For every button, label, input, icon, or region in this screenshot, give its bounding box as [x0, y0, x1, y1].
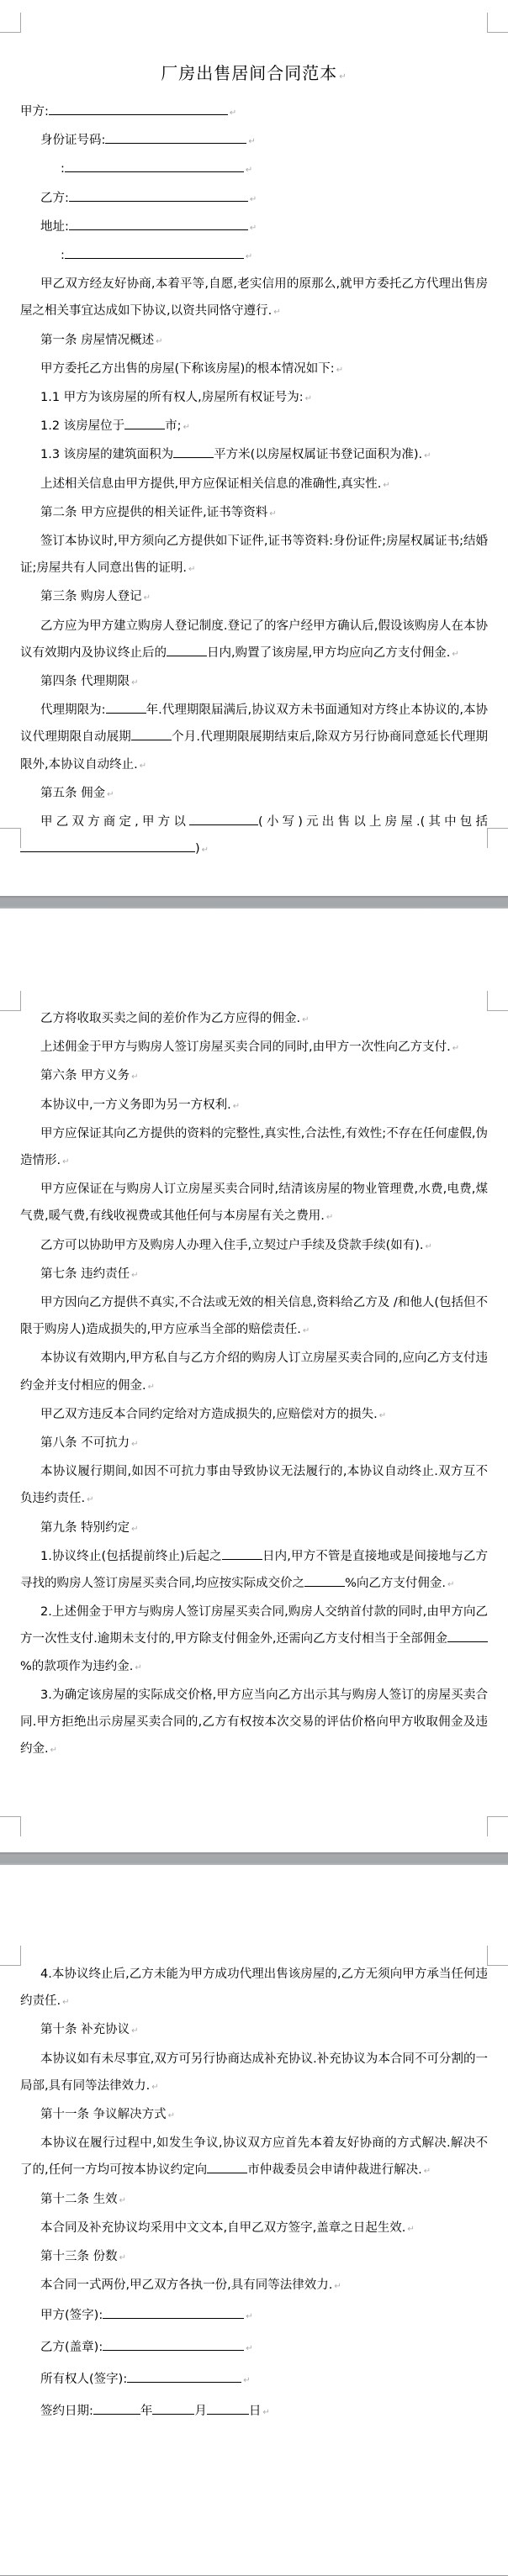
article-1-heading: 第一条 房屋情况概述↵ — [20, 327, 488, 356]
article-7-paragraph-2: 本协议有效期内,甲方私自与乙方介绍的购房人订立房屋买卖合同的,应向乙方支付违约金… — [20, 1345, 488, 1400]
document-page-2: 乙方将收取买卖之间的差价作为乙方应得的佣金.↵ 上述佣金于甲方与购房人签订房屋买… — [0, 909, 508, 1852]
page-corner-mark — [0, 1816, 21, 1836]
page-corner-mark — [487, 828, 508, 848]
party-a-signature-blank[interactable] — [103, 2306, 244, 2319]
article-9-item-1: 1.协议终止(包括提前终止)后起之日内,甲方不管是直接地或是间接地与乙方寻找的购… — [20, 1543, 488, 1599]
article-6-heading: 第六条 甲方义务↵ — [20, 1062, 488, 1091]
commission-payment-paragraph: 上述佣金于甲方与购房人签订房屋买卖合同的同时,由甲方一次性向乙方支付.↵ — [20, 1034, 488, 1062]
article-6-paragraph-3: 甲方应保证在与购房人订立房屋买卖合同时,结清该房屋的物业管理费,水费,电费,煤气… — [20, 1176, 488, 1231]
article-12-heading: 第十二条 生效↵ — [20, 2186, 488, 2215]
paragraph-mark: ↵ — [339, 72, 347, 82]
arbitration-city-blank[interactable] — [207, 2161, 247, 2173]
signature-party-a: 甲方(签字):↵ — [20, 2300, 488, 2332]
document-title: 厂房出售居间合同范本↵ — [20, 52, 488, 98]
page-3-content: 4.本协议终止后,乙方未能为甲方成功代理出售该房屋的,乙方无须向甲方承当任何违约… — [20, 1961, 488, 2428]
party-b-seal-blank[interactable] — [103, 2338, 244, 2351]
article-4-paragraph: 代理期限为:年.代理期限届满后,协议双方未书面通知对方终止本协议的,本协议代理期… — [20, 697, 488, 780]
days-blank[interactable] — [167, 644, 207, 656]
article-1-note: 上述相关信息由甲方提供,甲方应保证相关信息的准确性,真实性.↵ — [20, 471, 488, 499]
document-page-3: 4.本协议终止后,乙方未能为甲方成功代理出售该房屋的,乙方无须向甲方承当任何违约… — [0, 1865, 508, 2575]
article-9-item-3: 3.为确定该房屋的实际成交价格,甲方应当向乙方出示其与购房人签订的房屋买卖合同.… — [20, 1682, 488, 1765]
signature-owner: 所有权人(签字):↵ — [20, 2364, 488, 2396]
article-10-paragraph: 本协议如有未尽事宜,双方可另行协商达成补充协议.补充协议为本合同不可分割的一局部… — [20, 2046, 488, 2101]
article-1-item-2: 1.2 该房屋位于市;↵ — [20, 413, 488, 441]
page-corner-mark — [0, 991, 21, 1011]
page-2-content: 乙方将收取买卖之间的差价作为乙方应得的佣金.↵ 上述佣金于甲方与购房人签订房屋买… — [20, 1005, 488, 1764]
field-address: 地址:↵ — [20, 213, 488, 242]
page-separator — [0, 1852, 508, 1865]
article-7-paragraph-3: 甲乙双方违反本合同约定给对方造成损失的,应赔偿对方的损失.↵ — [20, 1401, 488, 1430]
blank-field[interactable] — [65, 160, 244, 172]
party-a-blank[interactable] — [49, 103, 228, 115]
article-2-paragraph: 签订本协议时,甲方须向乙方提供如下证件,证书等资料:身份证件;房屋权属证书;结婚… — [20, 528, 488, 583]
article-8-heading: 第八条 不可抗力↵ — [20, 1430, 488, 1458]
party-b-blank[interactable] — [69, 189, 248, 202]
document-page-1: 厂房出售居间合同范本↵ 甲方:↵ 身份证号码:↵ :↵ 乙方:↵ 地址:↵ :↵… — [0, 0, 508, 896]
years-blank[interactable] — [106, 701, 146, 714]
article-9-heading: 第九条 特别约定↵ — [20, 1515, 488, 1543]
commission-paragraph: 乙方将收取买卖之间的差价作为乙方应得的佣金.↵ — [20, 1005, 488, 1034]
field-blank-2: :↵ — [20, 242, 488, 271]
page-corner-mark — [0, 13, 21, 33]
page-corner-mark — [487, 1816, 508, 1836]
id-number-blank[interactable] — [105, 131, 246, 144]
article-5-heading: 第五条 佣金↵ — [20, 780, 488, 809]
field-party-b: 乙方:↵ — [20, 185, 488, 213]
city-blank[interactable] — [124, 417, 165, 429]
days-blank[interactable] — [222, 1547, 262, 1560]
address-blank[interactable] — [69, 218, 248, 230]
year-blank[interactable] — [93, 2402, 140, 2415]
article-9-item-4: 4.本协议终止后,乙方未能为甲方成功代理出售该房屋的,乙方无须向甲方承当任何违约… — [20, 1961, 488, 2016]
area-blank[interactable] — [173, 445, 214, 458]
page-corner-mark — [487, 991, 508, 1011]
signature-block: 甲方(签字):↵ 乙方(盖章):↵ 所有权人(签字):↵ 签约日期:年月日↵ — [20, 2300, 488, 2428]
article-6-paragraph-2: 甲方应保证其向乙方提供的资料的完整性,真实性,合法性,有效性;不存在任何虚假,伪… — [20, 1120, 488, 1176]
article-5-paragraph: 甲乙双方商定,甲方以(小写)元出售以上房屋.(其中包括)↵ — [20, 809, 488, 864]
page-corner-mark — [487, 1946, 508, 1966]
article-7-heading: 第七条 违约责任↵ — [20, 1261, 488, 1289]
article-2-heading: 第二条 甲方应提供的相关证件,证书等资料↵ — [20, 499, 488, 528]
article-3-paragraph: 乙方应为甲方建立购房人登记制度.登记了的客户经甲方确认后,假设该购房人在本协议有… — [20, 613, 488, 668]
page-corner-mark — [0, 1946, 21, 1966]
signature-party-b: 乙方(盖章):↵ — [20, 2332, 488, 2364]
page-corner-mark — [487, 13, 508, 33]
article-1-paragraph: 甲方委托乙方出售的房屋(下称该房屋)的根本情况如下:↵ — [20, 356, 488, 384]
article-12-paragraph: 本合同及补充协议均采用中文文本,自甲乙双方签字,盖章之日起生效.↵ — [20, 2215, 488, 2243]
signing-date: 签约日期:年月日↵ — [20, 2396, 488, 2428]
article-1-item-1: 1.1 甲方为该房屋的所有权人,房屋所有权证号为:↵ — [20, 384, 488, 413]
article-8-paragraph: 本协议履行期间,如因不可抗力事由导致协议无法履行的,本协议自动终止.双方互不负违… — [20, 1458, 488, 1514]
page-separator — [0, 896, 508, 909]
intro-paragraph: 甲乙双方经友好协商,本着平等,自愿,老实信用的原那么,就甲方委托乙方代理出售房屋… — [20, 271, 488, 326]
includes-blank[interactable] — [20, 840, 195, 852]
page-1-content: 厂房出售居间合同范本↵ 甲方:↵ 身份证号码:↵ :↵ 乙方:↵ 地址:↵ :↵… — [20, 52, 488, 864]
article-6-paragraph-4: 乙方可以协助甲方及购房人办理入住手,立契过户手续及贷款手续(如有).↵ — [20, 1232, 488, 1261]
article-9-item-2: 2.上述佣金于甲方与购房人签订房屋买卖合同,购房人交纳首付款的同时,由甲方向乙方… — [20, 1599, 488, 1682]
article-13-heading: 第十三条 份数↵ — [20, 2243, 488, 2272]
field-party-a: 甲方:↵ — [20, 98, 488, 127]
percent-blank[interactable] — [304, 1574, 345, 1587]
months-blank[interactable] — [131, 728, 172, 740]
article-4-heading: 第四条 代理期限↵ — [20, 668, 488, 697]
owner-signature-blank[interactable] — [127, 2370, 241, 2383]
month-blank[interactable] — [152, 2402, 194, 2415]
article-11-paragraph: 本协议在履行过程中,如发生争议,协议双方应首先本着友好协商的方式解决.解决不了的… — [20, 2130, 488, 2185]
article-7-paragraph-1: 甲方因向乙方提供不真实,不合法或无效的相关信息,资料给乙方及 /和他人(包括但不… — [20, 1289, 488, 1345]
blank-field[interactable] — [65, 246, 244, 259]
penalty-percent-blank[interactable] — [447, 1630, 488, 1642]
page-corner-mark — [0, 828, 21, 848]
article-6-paragraph-1: 本协议中,一方义务即为另一方权利.↵ — [20, 1092, 488, 1120]
price-blank[interactable] — [189, 813, 258, 825]
field-blank-1: :↵ — [20, 155, 488, 184]
article-10-heading: 第十条 补充协议↵ — [20, 2016, 488, 2045]
article-1-item-3: 1.3 该房屋的建筑面积为平方米(以房屋权属证书登记面积为准).↵ — [20, 441, 488, 470]
article-3-heading: 第三条 购房人登记↵ — [20, 583, 488, 612]
day-blank[interactable] — [207, 2402, 249, 2415]
article-13-paragraph: 本合同一式两份,甲乙双方各执一份,具有同等法律效力.↵ — [20, 2272, 488, 2300]
article-11-heading: 第十一条 争议解决方式↵ — [20, 2101, 488, 2130]
field-id-number: 身份证号码:↵ — [20, 127, 488, 155]
